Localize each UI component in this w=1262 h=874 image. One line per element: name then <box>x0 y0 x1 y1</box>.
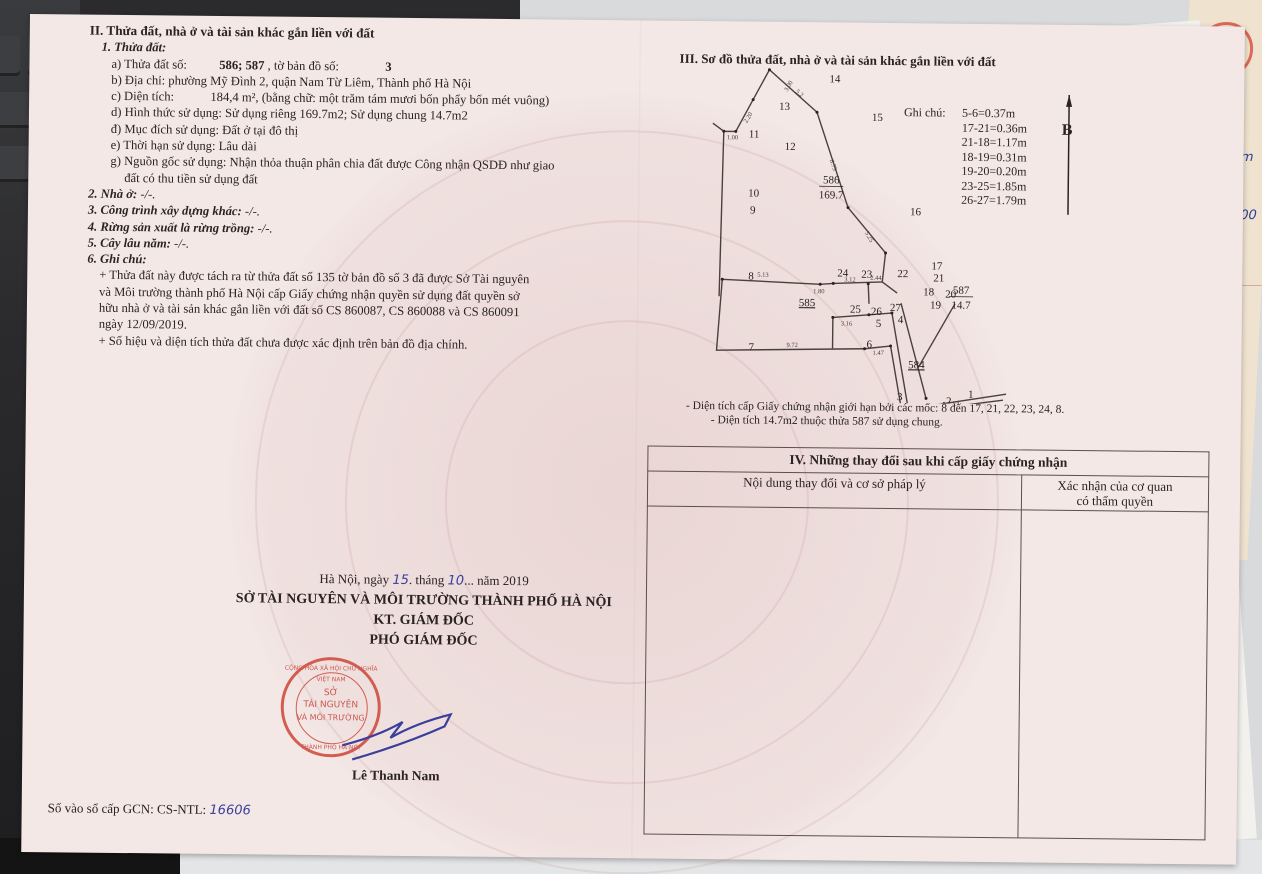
parcel-587-area: 14.7 <box>951 300 971 312</box>
point-label-8: 8 <box>748 271 754 283</box>
usage-form-label: d) Hình thức sử dụng: <box>111 105 222 120</box>
parcel-586-area: 169.7 <box>819 189 844 201</box>
diagram-notes-values: 5-6=0.37m 17-21=0.36m 21-18=1.17m 18-19=… <box>961 106 1027 208</box>
perennial-value: -/-. <box>174 236 189 250</box>
seal-top-text: CỘNG HÒA XÃ HỘI CHỦ NGHĨA VIỆT NAM <box>284 663 378 686</box>
term-value: Lâu dài <box>219 139 257 153</box>
diagram-note: 26-27=1.79m <box>961 193 1026 208</box>
edge-label: 5.2 <box>794 88 805 99</box>
point-label-16: 16 <box>910 206 922 218</box>
point-label-15: 15 <box>872 112 884 124</box>
point-label-5: 5 <box>876 318 882 330</box>
edge-label: 1.47 <box>872 350 884 357</box>
point-label-26: 26 <box>871 306 883 318</box>
point-label-11: 11 <box>749 129 760 141</box>
perennial-label: 5. Cây lâu năm: <box>88 235 171 250</box>
point-label-21: 21 <box>933 272 944 284</box>
map-sheet-label: , tờ bản đồ số: <box>267 58 339 73</box>
diagram-note: 23-25=1.85m <box>961 178 1026 193</box>
parcel-586-id: 586 <box>823 174 840 186</box>
diagram-note: 18-19=0.31m <box>961 149 1026 164</box>
registration-number-handwritten: 16606 <box>209 803 251 818</box>
edge-label: 3.16 <box>841 321 853 328</box>
north-label: B <box>1062 122 1073 139</box>
point-label-22: 22 <box>897 268 908 280</box>
edge-label: 3.12 <box>844 277 855 284</box>
land-use-certificate: II. Thửa đất, nhà ở và tài sản khác gắn … <box>21 14 1245 865</box>
address-label: b) Địa chỉ: <box>111 73 165 88</box>
diagram-note: 17-21=0.36m <box>962 120 1027 135</box>
point-label-13: 13 <box>779 101 791 113</box>
signer-name: Lê Thanh Nam <box>352 767 440 784</box>
other-construction-label: 3. Công trình xây dựng khác: <box>88 203 242 219</box>
area-value: 184,4 m², <box>210 90 258 105</box>
point-label-18: 18 <box>923 286 935 298</box>
purpose-value: Đất ở tại đô thị <box>222 123 298 138</box>
usage-form-value: Sử dụng riêng 169.7m2; Sử dụng chung 14.… <box>225 107 468 124</box>
term-label: e) Thời hạn sử dụng: <box>111 138 216 153</box>
month-prefix: tháng <box>415 572 444 587</box>
column-header-line: có thẩm quyền <box>1026 492 1204 509</box>
parcel-587-id: 587 <box>953 285 970 297</box>
diagram-note: 19-20=0.20m <box>961 164 1026 179</box>
registration-label: Số vào sổ cấp GCN: CS-NTL: <box>48 800 207 817</box>
house-label: 2. Nhà ở: <box>88 187 137 202</box>
authority-confirmation-cell <box>1018 510 1209 840</box>
edge-label: 1.80 <box>813 288 824 295</box>
handwritten-signature <box>332 687 473 768</box>
parcel-584-id: 584 <box>908 359 925 371</box>
address-value: phường Mỹ Đình 2, quận Nam Từ Liêm, Thàn… <box>168 73 471 90</box>
date-prefix: Hà Nội, ngày <box>319 571 389 587</box>
signature-block: Hà Nội, ngày 15. tháng 10... năm 2019 SỞ… <box>213 568 634 653</box>
point-label-4: 4 <box>898 314 904 326</box>
edge-label: 9.72 <box>787 342 798 349</box>
parcel-label: a) Thửa đất số: <box>111 56 187 71</box>
section-land-info: II. Thửa đất, nhà ở và tài sản khác gắn … <box>86 23 629 355</box>
diagram-footnotes: - Diện tích cấp Giấy chứng nhận giới hạn… <box>686 399 1065 431</box>
area-label: c) Diện tích: <box>111 89 174 104</box>
notes-block: + Thửa đất này được tách ra từ thửa đất … <box>86 267 627 354</box>
point-label-17: 17 <box>931 260 943 272</box>
keyboard-key <box>0 36 20 76</box>
diagram-notes-label: Ghi chú: <box>904 105 964 120</box>
point-label-9: 9 <box>750 205 756 217</box>
edge-label: 5.25 <box>863 230 875 243</box>
signer-position: PHÓ GIÁM ĐỐC <box>213 629 633 653</box>
edge-label: 8.73 <box>828 159 838 172</box>
point-label-10: 10 <box>748 188 760 200</box>
forest-value: -/-. <box>257 221 272 235</box>
north-arrow-icon: B <box>1058 95 1079 215</box>
origin-value: Nhận thỏa thuận phân chia đất được Công … <box>230 155 555 172</box>
edge-label: 1.00 <box>727 134 738 141</box>
edge-label: 2.20 <box>743 111 755 124</box>
day-handwritten: 15 <box>392 573 409 588</box>
diagram-note: 21-18=1.17m <box>962 135 1027 150</box>
map-sheet-value: 3 <box>385 59 391 73</box>
change-content-cell <box>644 506 1021 838</box>
origin-label: g) Nguồn gốc sử dụng: <box>110 154 226 169</box>
other-construction-value: -/-. <box>245 205 260 219</box>
parcel-value: 586; 587 <box>219 58 264 72</box>
edge-label: 5.13 <box>757 272 768 279</box>
point-label-27: 27 <box>890 302 902 314</box>
point-label-25: 25 <box>850 304 862 316</box>
month-handwritten: 10 <box>447 573 464 588</box>
column-header-authority-confirmation: Xác nhận của cơ quan có thẩm quyền <box>1021 475 1209 512</box>
area-words: (bằng chữ: một trăm tám mươi bốn phẩy bố… <box>262 91 550 108</box>
year-text: năm 2019 <box>477 573 529 589</box>
purpose-label: đ) Mục đích sử dụng: <box>111 122 219 137</box>
point-label-7: 7 <box>748 342 754 354</box>
point-label-19: 19 <box>930 299 942 311</box>
house-value: -/-. <box>140 187 155 201</box>
point-label-12: 12 <box>785 141 796 153</box>
changes-table: IV. Những thay đổi sau khi cấp giấy chứn… <box>643 445 1209 840</box>
diagram-note: 5-6=0.37m <box>962 106 1027 121</box>
edge-label: 2.44 <box>870 275 882 282</box>
parcel-585-id: 585 <box>799 297 816 309</box>
column-header-change-content: Nội dung thay đổi và cơ sở pháp lý <box>647 471 1021 510</box>
registration-number: Số vào sổ cấp GCN: CS-NTL: 16606 <box>48 800 251 818</box>
point-label-14: 14 <box>829 73 841 85</box>
point-label-1: 1 <box>968 389 974 401</box>
forest-label: 4. Rừng sản xuất là rừng trồng: <box>88 219 255 235</box>
